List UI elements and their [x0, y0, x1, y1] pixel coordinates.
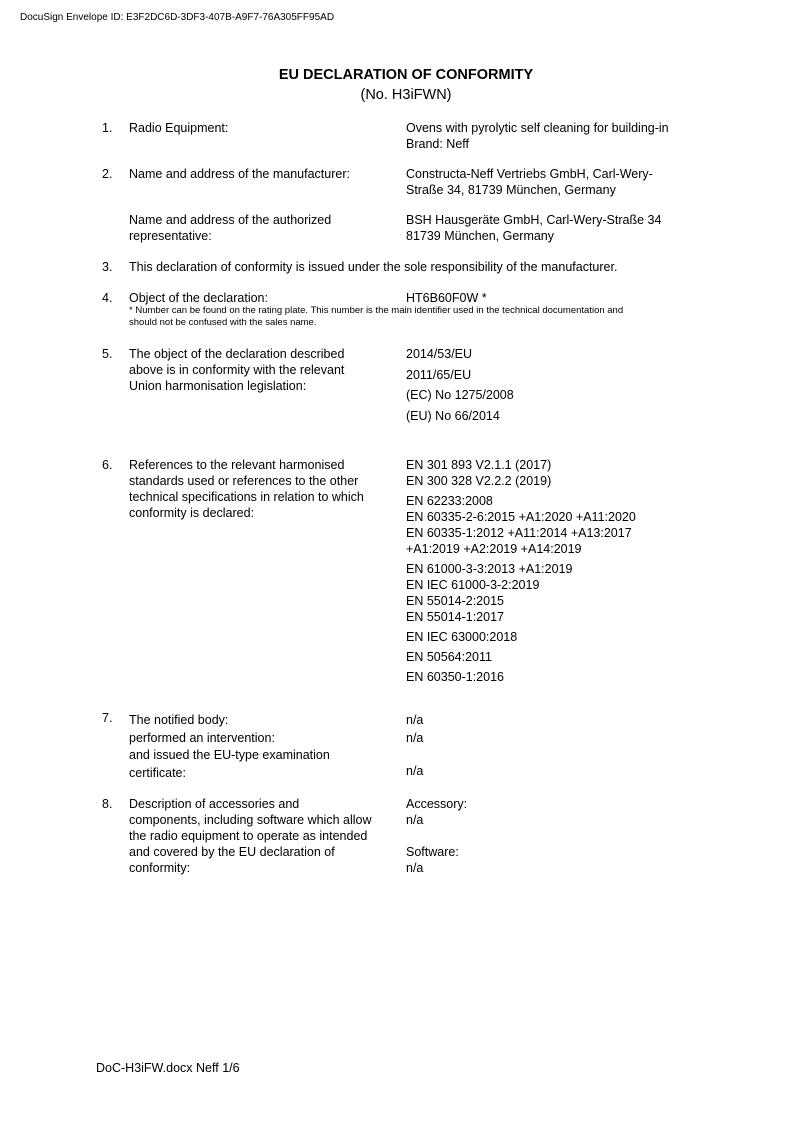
section-value: n/an/an/a	[406, 712, 423, 780]
legislation-list: 2014/53/EU2011/65/EU(EC) No 1275/2008(EU…	[406, 346, 514, 426]
section-number: 7.	[102, 710, 112, 726]
section-number: 5.	[102, 346, 112, 362]
section-label: Radio Equipment:	[129, 120, 228, 136]
section-number: 2.	[102, 166, 112, 182]
section-value: BSH Hausgeräte GmbH, Carl-Wery-Straße 34…	[406, 212, 661, 244]
section-label: Object of the declaration:	[129, 290, 268, 306]
section-number: 8.	[102, 796, 112, 812]
section-label: Description of accessories andcomponents…	[129, 796, 372, 876]
model-number: HT6B60F0W *	[406, 290, 487, 306]
section-label: Name and address of the manufacturer:	[129, 166, 350, 182]
section-value: Constructa-Neff Vertriebs GmbH, Carl-Wer…	[406, 166, 653, 198]
footnote: * Number can be found on the rating plat…	[129, 305, 623, 329]
envelope-id: DocuSign Envelope ID: E3F2DC6D-3DF3-407B…	[20, 12, 334, 23]
section-label: References to the relevant harmonisedsta…	[129, 457, 364, 521]
section-label: Name and address of the authorizedrepres…	[129, 212, 331, 244]
section-value: Accessory:n/aSoftware:n/a	[406, 796, 467, 876]
section-label: This declaration of conformity is issued…	[129, 259, 617, 275]
document-number: (No. H3iFWN)	[0, 87, 802, 103]
section-number: 4.	[102, 290, 112, 306]
document-title: EU DECLARATION OF CONFORMITY	[0, 67, 802, 83]
page-footer: DoC-H3iFW.docx Neff 1/6	[96, 1061, 240, 1075]
standards-list: EN 301 893 V2.1.1 (2017) EN 300 328 V2.2…	[406, 457, 636, 685]
section-value: Ovens with pyrolytic self cleaning for b…	[406, 120, 669, 152]
section-number: 1.	[102, 120, 112, 136]
section-number: 3.	[102, 259, 112, 275]
section-label: The notified body:performed an intervent…	[129, 712, 330, 782]
section-number: 6.	[102, 457, 112, 473]
section-label: The object of the declaration describeda…	[129, 346, 344, 394]
